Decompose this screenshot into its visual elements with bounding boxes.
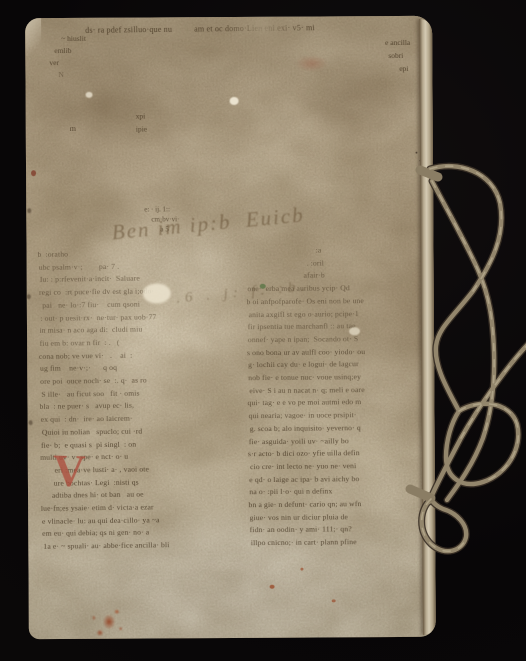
spine-fold xyxy=(25,18,41,58)
margin-notes-xpi: xpiipie xyxy=(136,110,147,136)
inscription-caption: e: · ij. 1::cm·bv·vi·a 5 xyxy=(144,204,179,234)
fore-edge xyxy=(419,19,436,635)
margin-note: emlib xyxy=(54,45,86,57)
caption-line: cm·bv·vi· xyxy=(151,214,179,224)
text-column-left: b :orathoubc psalm·v·; pa· 7 .Iu: : p:rf… xyxy=(38,246,240,553)
margin-note: ver xyxy=(49,57,86,69)
margin-notes-top-left: ~ hiuslitemlibverN xyxy=(49,33,86,81)
margin-note: xpi xyxy=(136,110,147,123)
margin-note: ~ hiuslit xyxy=(61,33,86,45)
text-column-right: :a . :oril afair·bone· erba mea auribus … xyxy=(247,243,432,550)
manuscript-text-line: illpo cnicno;· in cart· plann pfine xyxy=(251,536,433,550)
caption-line: a 5 xyxy=(160,224,179,234)
tie-large-loop xyxy=(446,404,518,484)
margin-note-m: m xyxy=(70,124,76,133)
tie-diagonal-thong xyxy=(429,342,526,502)
rubricated-initial: V xyxy=(52,449,86,495)
margin-note: sobri xyxy=(385,49,403,62)
caption-line: e: · ij. 1:: xyxy=(144,204,179,214)
sewing-station-dot xyxy=(27,208,31,213)
margin-note: e ancilla xyxy=(385,36,410,49)
margin-note: ipie xyxy=(136,123,147,136)
photo-scene: ds· ra pdef zsilluo·que nu am et oc domo… xyxy=(0,0,526,661)
manuscript-text-line: 1a e· ~ spuali· au· abbe·fice ancilla· b… xyxy=(43,538,241,553)
upper-tie-thong-b xyxy=(432,181,494,500)
margin-notes-top-right: e ancillasobriepi xyxy=(385,36,410,75)
margin-note: epi xyxy=(385,62,408,75)
manuscript-book: ds· ra pdef zsilluo·que nu am et oc domo… xyxy=(25,16,436,639)
sewing-station-dot xyxy=(29,420,33,425)
upper-tie-thong-a xyxy=(430,166,501,411)
margin-note: N xyxy=(58,69,86,81)
sewing-station-dot xyxy=(27,294,31,299)
